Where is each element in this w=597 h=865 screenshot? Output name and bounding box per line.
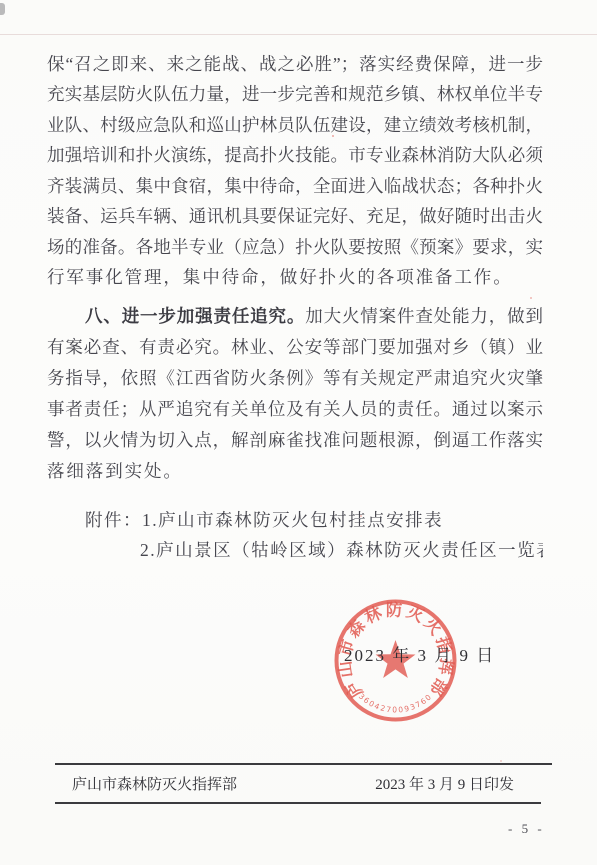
body-line: 行军事化管理，集中待命，做好扑火的各项准备工作。 [47,262,543,292]
colophon: 庐山市森林防灭火指挥部 2023 年 3 月 9 日印发 [55,774,552,796]
attachment-title: 1.庐山市森林防灭火包村挂点安排表 [142,510,443,530]
body-line: 加强培训和扑火演练，提高扑火技能。市专业森林消防大队必须 [47,140,543,170]
body-line: 保“召之即来、来之能战、战之必胜”；落实经费保障，进一步 [47,49,543,79]
footer-print-date: 2023 年 3 月 9 日印发 [375,774,514,796]
document-body: 保“召之即来、来之能战、战之必胜”；落实经费保障，进一步 充实基层防火队伍力量，… [47,49,543,565]
body-line: 落细落到实处。 [47,456,543,487]
scan-artifact-line [0,34,597,35]
body-line: 场的准备。各地半专业（应急）扑火队要按照《预案》要求，实 [47,232,543,262]
footer-issuer: 庐山市森林防灭火指挥部 [72,774,237,796]
footer-divider-bottom [55,802,541,804]
body-line: 装备、运兵车辆、通讯机具要保证完好、充足，做好随时出击火 [47,201,543,231]
attachments-label: 附件： [85,510,142,530]
footer-divider-top [55,763,552,765]
body-line: 务指导，依照《江西省防火条例》等有关规定严肃追究火灾肇 [47,363,543,394]
body-line: 警，以火情为切入点，解剖麻雀找准问题根源，倒逼工作落实 [47,425,543,456]
issue-date: 2023 年 3 月 9 日 [344,645,495,667]
attachment-line: 2.庐山景区（牯岭区域）森林防灭火责任区一览表 [47,535,543,565]
section-heading: 八、进一步加强责任追究。 [85,306,305,326]
body-text-run: 加大火情案件查处能力，做到 [305,306,543,326]
scan-smudge [0,3,5,15]
attachment-line: 附件：1.庐山市森林防灭火包村挂点安排表 [47,505,543,535]
attachments-block: 附件：1.庐山市森林防灭火包村挂点安排表 2.庐山景区（牯岭区域）森林防灭火责任… [47,505,543,565]
body-line: 事者责任；从严追究有关单位及有关人员的责任。通过以案示 [47,394,543,425]
scanned-document-page: 保“召之即来、来之能战、战之必胜”；落实经费保障，进一步 充实基层防火队伍力量，… [0,0,597,865]
page-number: - 5 - [508,821,545,837]
body-line: 充实基层防火队伍力量，进一步完善和规范乡镇、林权单位半专 [47,79,543,109]
body-line: 齐装满员、集中食宿，集中待命，全面进入临战状态；各种扑火 [47,171,543,201]
body-line: 有案必查、有责必究。林业、公安等部门要加强对乡（镇）业 [47,332,543,363]
body-line: 八、进一步加强责任追究。加大火情案件查处能力，做到 [47,301,543,332]
body-line: 业队、村级应急队和巡山护林员队伍建设，建立绩效考核机制， [47,110,543,140]
